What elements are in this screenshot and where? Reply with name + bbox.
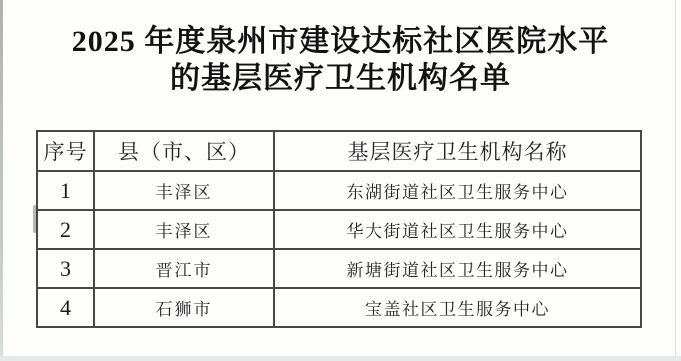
header-serial-number: 序号 xyxy=(37,131,94,171)
cell-institution: 新塘街道社区卫生服务中心 xyxy=(274,249,641,288)
cell-institution: 东湖街道社区卫生服务中心 xyxy=(274,171,641,210)
table-row: 4 石狮市 宝盖社区卫生服务中心 xyxy=(37,288,641,327)
cell-district: 丰泽区 xyxy=(94,171,274,210)
scanned-document-page: 2025 年度泉州市建设达标社区医院水平 的基层医疗卫生机构名单 序号 县（市、… xyxy=(0,0,681,361)
cell-serial-number: 4 xyxy=(37,288,94,327)
table-row: 3 晋江市 新塘街道社区卫生服务中心 xyxy=(37,249,641,288)
header-county-city-district: 县（市、区） xyxy=(94,131,274,171)
cell-district: 石狮市 xyxy=(94,288,274,327)
document-title-line-1: 2025 年度泉州市建设达标社区医院水平 xyxy=(0,23,681,60)
cell-institution: 宝盖社区卫生服务中心 xyxy=(274,288,641,327)
cell-institution: 华大街道社区卫生服务中心 xyxy=(274,210,641,249)
cell-serial-number: 1 xyxy=(37,171,94,210)
institution-table: 序号 县（市、区） 基层医疗卫生机构名称 1 丰泽区 东湖街道社区卫生服务中心 … xyxy=(36,130,642,328)
cell-district: 丰泽区 xyxy=(94,210,274,249)
document-title: 2025 年度泉州市建设达标社区医院水平 的基层医疗卫生机构名单 xyxy=(0,23,681,97)
table-row: 1 丰泽区 东湖街道社区卫生服务中心 xyxy=(37,171,641,210)
header-institution-name: 基层医疗卫生机构名称 xyxy=(274,131,641,171)
document-title-line-2: 的基层医疗卫生机构名单 xyxy=(0,60,681,97)
cell-serial-number: 3 xyxy=(37,249,94,288)
page-edge-bottom xyxy=(0,356,681,361)
table-row: 2 丰泽区 华大街道社区卫生服务中心 xyxy=(37,210,641,249)
cell-serial-number: 2 xyxy=(37,210,94,249)
cell-district: 晋江市 xyxy=(94,249,274,288)
table-header-row: 序号 县（市、区） 基层医疗卫生机构名称 xyxy=(37,131,641,171)
